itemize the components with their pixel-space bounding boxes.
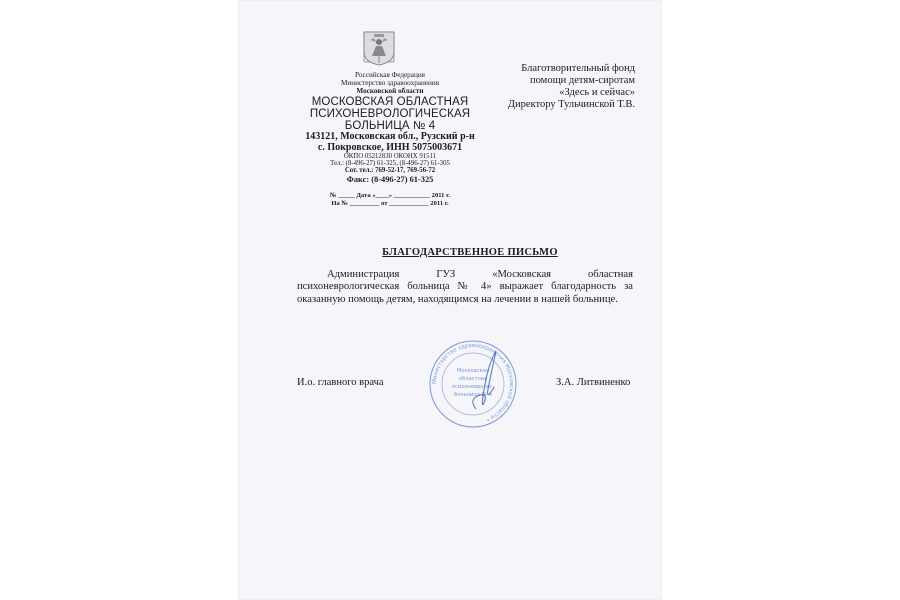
org-fax: Факс: (8-496-27) 61-325 — [290, 175, 490, 185]
address-line2: с. Покровское, ИНН 5075003671 — [290, 142, 490, 154]
reference-number-line: № _____ Дата «____» ___________ 2011 г. — [290, 192, 490, 200]
official-stamp-icon: Министерство здравоохранения Московской … — [428, 339, 518, 429]
address-line1: 143121, Московская обл., Рузский р-н — [290, 131, 490, 143]
org-name-line1: МОСКОВСКАЯ ОБЛАСТНАЯ — [290, 96, 490, 109]
org-name-line2: ПСИХОНЕВРОЛОГИЧЕСКАЯ — [290, 108, 490, 121]
signatory-position: И.о. главного врача — [297, 377, 384, 388]
coat-of-arms-icon — [362, 30, 396, 66]
letterhead-region: Московской области — [300, 87, 480, 96]
svg-text:областная: областная — [459, 376, 487, 382]
letter-body: Администрация ГУЗ «Московская областная … — [297, 269, 633, 306]
svg-text:больница № 4: больница № 4 — [454, 392, 493, 398]
letter-title: БЛАГОДАРСТВЕННОЕ ПИСЬМО — [300, 247, 640, 258]
addressee-line3: «Здесь и сейчас» — [480, 87, 635, 99]
addressee-line2: помощи детям-сиротам — [480, 75, 635, 87]
signatory-name: З.А. Литвиненко — [556, 377, 630, 388]
svg-text:Министерство здравоохранения М: Министерство здравоохранения Московской … — [432, 343, 514, 422]
addressee-line1: Благотворительный фонд — [480, 63, 635, 75]
reference-reply-line: На № _________ от ____________ 2011 г. — [290, 200, 490, 208]
svg-text:Московская: Московская — [457, 368, 489, 374]
addressee-line4: Директору Тульчинской Т.В. — [480, 99, 635, 111]
letter-body-text: Администрация ГУЗ «Московская областная … — [297, 269, 633, 305]
org-mobile: Сот. тел.: 769-52-17, 769-56-72 — [290, 167, 490, 175]
